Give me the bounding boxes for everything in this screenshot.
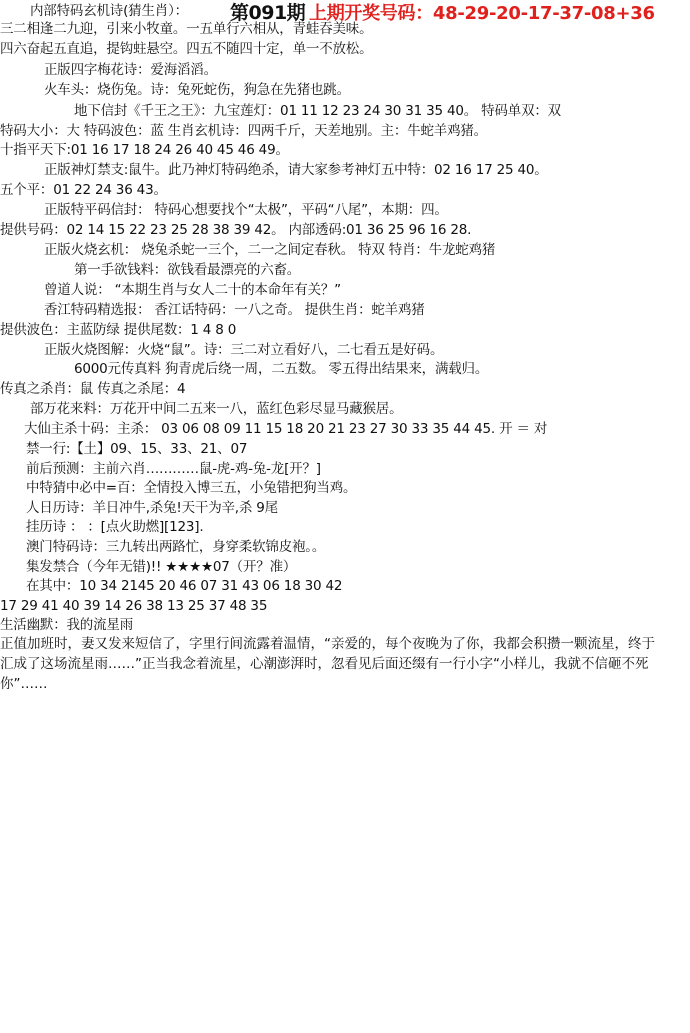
fax-kill: 传真之杀肖：鼠 传真之杀尾：4	[0, 380, 185, 398]
xiangjiang-report: 香江特码精选报： 香江话特码：一八之奇。 提供生肖：蛇羊鸡猪	[44, 301, 425, 319]
daxian-kill: 大仙主杀十码：主杀： 03 06 08 09 11 15 18 20 21 23…	[24, 420, 547, 438]
day-calendar-poem: 人日历诗：羊日冲牛,杀兔!天干为辛,杀 9尾	[26, 499, 278, 517]
underground-envelope: 地下信封《千王之王》：九宝莲灯：01 11 12 23 24 30 31 35 …	[74, 102, 561, 120]
train-head: 火车头：烧伤兔。诗：兔死蛇伤，狗急在先猪也跳。	[44, 81, 350, 99]
among-them-continued: 17 29 41 40 39 14 26 38 13 25 37 48 35	[0, 597, 267, 615]
first-hand: 第一手欲钱料：欲钱看最漂亮的六畜。	[74, 261, 300, 279]
jifa-ban: 集发禁合（今年无错)!! ★★★★07（开？准）	[26, 558, 296, 576]
ban-row: 禁一行:【土】09、15、33、21、07	[26, 440, 247, 458]
fax-material: 6000元传真料 狗青虎后绕一周，二五数。 零五得出结果来，满载归。	[74, 360, 488, 378]
forecast: 前后预测：主前六肖…………鼠-虎-鸡-兔-龙[开？]	[26, 460, 321, 478]
plum-poem: 正版四字梅花诗：爱海滔滔。	[44, 61, 217, 79]
lamp-ban: 正版神灯禁支:鼠牛。此乃神灯特码绝杀，请大家参考神灯五中特：02 16 17 2…	[44, 161, 548, 179]
special-envelope: 正版特平码信封： 特码心想要找个“太极”，平码“八尾”，本期：四。	[44, 201, 448, 219]
provided-wave-color: 提供波色：主蓝防绿 提供尾数：1 4 8 0	[0, 321, 236, 339]
wall-calendar-poem: 挂历诗 ： ：[点火助燃][123].	[26, 518, 203, 536]
five-ping: 五个平：01 22 24 36 43。	[0, 181, 167, 199]
macau-poem: 澳门特码诗：三九转出两路忙，身穿柔软锦皮袍。。	[26, 538, 325, 556]
special-size-color: 特码大小：大 特码波色：蓝 生肖玄机诗：四两千斤，天差地别。主：牛蛇羊鸡猪。	[0, 122, 487, 140]
among-them: 在其中：10 34 2145 20 46 07 31 43 06 18 30 4…	[26, 577, 342, 595]
ten-fingers: 十指平天下:01 16 17 18 24 26 40 45 46 49。	[0, 141, 289, 159]
poem-line-2: 四六奋起五直追，提钩蛀悬空。四五不随四十定，单一不放松。	[0, 40, 372, 58]
fire-diagram: 正版火烧图解：火烧“鼠”。诗：三二对立看好八，二七看五是好码。	[44, 341, 443, 359]
provided-numbers: 提供号码：02 14 15 22 23 25 28 38 39 42。 内部透码…	[0, 221, 471, 239]
humor-title: 生活幽默：我的流星雨	[0, 616, 133, 634]
taoist-saying: 曾道人说： “本期生肖与女人二十的本命年有关？”	[44, 281, 341, 299]
must-hit: 中特猜中必中=百：全情投入博三五，小兔错把狗当鸡。	[26, 479, 356, 497]
poem-line-1: 三二相逢二九迎，引来小牧童。一五单行六相从，青蛙吞美味。	[0, 20, 372, 38]
header-title: 内部特码玄机诗(猜生肖）：	[30, 2, 188, 20]
humor-story: 正值加班时，妻又发来短信了，字里行间流露着温情，“亲爱的，每个夜晚为了你，我都会…	[0, 634, 660, 694]
fire-mystery: 正版火烧玄机： 烧兔杀蛇一三个，二一之间定春秋。 特双 特肖：牛龙蛇鸡猪	[44, 241, 495, 259]
wanhua-material: 部万花来料：万花开中间二五来一八，蓝红色彩尽显马藏猴居。	[30, 400, 402, 418]
last-result-numbers: 48-29-20-17-37-08+36	[433, 3, 655, 24]
document-page: 内部特码玄机诗(猜生肖）： 第091期 上期开奖号码：48-29-20-17-3…	[0, 0, 690, 1033]
